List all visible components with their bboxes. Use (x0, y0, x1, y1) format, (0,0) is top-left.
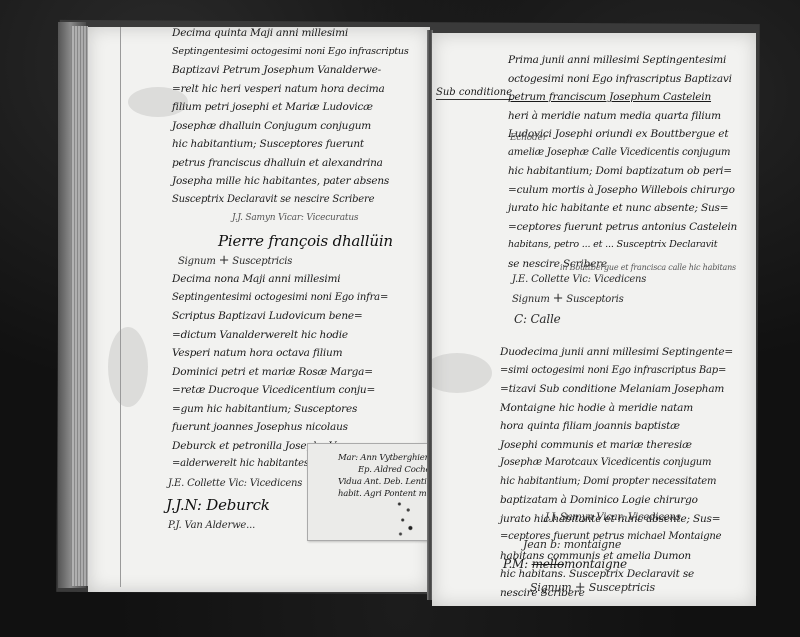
entry-line: hic habitantium; Domi baptizatum ob peri… (508, 162, 737, 181)
signature-surname: montaigne (564, 557, 627, 571)
interlinear-insert: in Bouttbergue et francisca calle hic ha… (560, 263, 736, 272)
cross-mark: + (575, 580, 586, 595)
entry-line: =culum mortis à Josepho Willebois chirur… (508, 181, 737, 200)
cross-mark: + (219, 253, 230, 268)
godfather-signature: Pierre françois dhallüin (218, 232, 393, 250)
entry-line: fuerunt joannes Josephus nicolaus (172, 418, 388, 437)
susceptricis-label: Susceptricis (232, 256, 292, 267)
entry-line: Vesperi natum hora octava filium (172, 344, 388, 363)
entry-line: =retæ Ducroque Vicedicentium conju= (172, 381, 388, 400)
entry-line: Duodecima junii anni millesimi Septingen… (500, 343, 733, 362)
curate-signature: J.E. Collette Vic: Vicedicens (168, 478, 302, 489)
signum-label: Signum (512, 294, 550, 305)
entry-line: Susceptrix Declaravit se nescire Scriber… (172, 191, 409, 210)
entry-line: Scriptus Baptizavi Ludovicum bene= (172, 307, 388, 326)
godfather-2-signature: P.M: mellomontaigne (503, 557, 627, 571)
entry-line: Decima nona Maji anni millesimi (172, 270, 388, 289)
entry-line: =gum hic habitantium; Susceptores (172, 400, 388, 419)
entry-line: Septingentesimi octogesimi noni Ego infr… (172, 289, 388, 308)
entry-line: Dominici petri et mariæ Rosæ Marga= (172, 363, 388, 382)
right-entry-1: Prima junii anni millesimi Septingentesi… (508, 51, 737, 273)
entry-line: =relt hic heri vesperi natum hora decima (172, 80, 409, 99)
mark-line: Signum + Susceptoris (512, 291, 624, 306)
entry-line: Septingentesimi octogesimi noni Ego infr… (172, 43, 409, 62)
entry-line: Prima junii anni millesimi Septingentesi… (508, 51, 737, 70)
entry-line: hora quinta filiam joannis baptistæ (500, 417, 733, 436)
godmother-signature: P.J. Van Alderwe... (168, 520, 255, 531)
paper-stain (108, 327, 148, 407)
entry-line: Josephi communis et mariæ theresiæ (500, 436, 733, 455)
ink-speckles (395, 498, 417, 538)
entry-line: ameliæ Josephæ Calle Vicedicentis conjug… (508, 144, 737, 163)
susceptricis-label: Susceptricis (589, 581, 655, 594)
entry-line: heri à meridie natum media quarta filium (508, 107, 737, 126)
entry-line: Decima quinta Maji anni millesimi (172, 24, 409, 43)
struck-word: mello (532, 557, 564, 571)
entry-line: Josephæ Marotcaux Vicedicentis conjugum (500, 454, 733, 473)
godfather-signature: Jean b: montaigne (523, 538, 621, 551)
entry-line: baptizatam à Dominico Logie chirurgo (500, 491, 733, 510)
cross-mark: + (553, 291, 564, 306)
signum-label: Signum (530, 581, 572, 594)
godfather-signature: J.J.N: Deburck (166, 496, 270, 514)
paper-stain (432, 353, 492, 393)
curate-signature: J.E. Collette Vic: Vicedicens (512, 274, 646, 285)
entry-line: petrum franciscum Josephum Castelein (508, 88, 737, 107)
page-margin-line (120, 27, 121, 587)
godmother-signature: C: Calle (514, 312, 561, 326)
curate-signature: J.J. Samyn Vicar: Vicedicens (545, 512, 681, 523)
entry-line: =dictum Vanalderwerelt hic hodie (172, 326, 388, 345)
page-stack-edge (72, 26, 88, 586)
entry-line: Josepha mille hic habitantes, pater abse… (172, 172, 409, 191)
entry-line: jurato hic habitante et nunc absente; Su… (508, 199, 737, 218)
mark-line: Signum + Susceptricis (530, 580, 655, 595)
left-entry-1: Decima quinta Maji anni millesimi Septin… (172, 24, 409, 209)
entry-line: Montaigne hic hodie à meridie natam (500, 399, 733, 418)
signum-label: Signum (178, 256, 216, 267)
curate-signature: J.J. Samyn Vicar: Vicecuratus (232, 213, 358, 223)
entry-line: hic habitantium; Domi propter necessitat… (500, 473, 733, 492)
signature-initials: P.M: (503, 557, 528, 571)
mark-line: Signum + Susceptricis (178, 253, 292, 268)
susceptoris-label: Susceptoris (566, 294, 623, 305)
entry-line: octogesimi noni Ego infrascriptus Baptiz… (508, 70, 737, 89)
entry-line: petrus franciscus dhalluin et alexandrin… (172, 154, 409, 173)
margin-note-sub-conditione: Sub conditione (436, 87, 512, 100)
entry-line: hic habitantium; Susceptores fuerunt (172, 135, 409, 154)
entry-line: filium petri josephi et Mariæ Ludovicæ (172, 98, 409, 117)
entry-line: Baptizavi Petrum Josephum Vanalderwe- (172, 61, 409, 80)
entry-line: =simi octogesimi noni Ego infrascriptus … (500, 362, 733, 381)
entry-line: Josephæ dhalluin Conjugum conjugum (172, 117, 409, 136)
entry-line: =tizavi Sub conditione Melaniam Josepham (500, 380, 733, 399)
entry-line: =ceptores fuerunt petrus antonius Castel… (508, 218, 737, 237)
entry-line: habitans, petro ... et ... Susceptrix De… (508, 236, 737, 255)
superscript-insert: Echoder (510, 133, 547, 143)
